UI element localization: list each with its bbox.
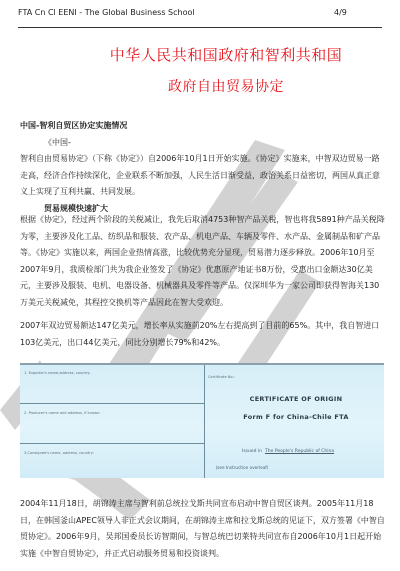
document-title-line2: 政府自由贸易协定 [52, 76, 400, 96]
section2-body: 根据《协定》，经过两个阶段的关税减让，我先后取消4753种智产品关税，智也将我5… [20, 212, 386, 311]
section1-line1: 《中国- [20, 135, 386, 152]
header-title: FTA Cn Cl EENI - The Global Business Sch… [18, 8, 195, 17]
page-number: 4/9 [334, 8, 347, 17]
document-title-line1: 中华人民共和国政府和智利共和国 [52, 44, 400, 65]
section1-heading: 中国-智利自贸区协定实施情况 [20, 118, 386, 135]
section1-body: 智利自由贸易协定》（下称《协定》）自2006年10月1日开始实施。《协定》实施来… [20, 151, 386, 201]
cert-issued-label: Issued in [242, 449, 262, 454]
cert-field-divider [20, 443, 204, 444]
cert-issued-value: The People's Republic of China [265, 449, 334, 454]
cert-issued: Issued inThe People's Republic of China [242, 449, 334, 454]
cert-field-exporter: 1. Exporter's name,address, country: [24, 371, 90, 375]
cert-field-divider [20, 403, 204, 404]
cert-number-label: Certificate No.: [208, 375, 235, 379]
section3-body: 2007年双边贸易额达147亿美元，增长率从实施前20%左右提高到了目前的65%… [20, 318, 386, 351]
section1: 中国-智利自贸区协定实施情况 《中国- 智利自由贸易协定》（下称《协定》）自20… [20, 118, 386, 217]
page-header: FTA Cn Cl EENI - The Global Business Sch… [18, 8, 384, 22]
cert-field-producer: 2. Producer's name and address, if known… [24, 411, 101, 415]
cert-title: CERTIFICATE OF ORIGIN [208, 395, 384, 403]
cert-instruction: (see Instruction overleaf) [20, 465, 384, 470]
header-divider [18, 27, 382, 28]
certificate-of-origin-image: 1. Exporter's name,address, country: 2. … [20, 363, 384, 478]
cert-field-consignee: 3.Consignee's name, address, country: [24, 451, 94, 455]
cert-subtitle: Form F for China-Chile FTA [208, 413, 384, 421]
cert-vertical-divider [204, 365, 205, 478]
section4-body: 2004年11月18日，胡锦涛主席与智利前总统拉戈斯共同宣布启动中智自贸区谈判。… [20, 496, 386, 562]
